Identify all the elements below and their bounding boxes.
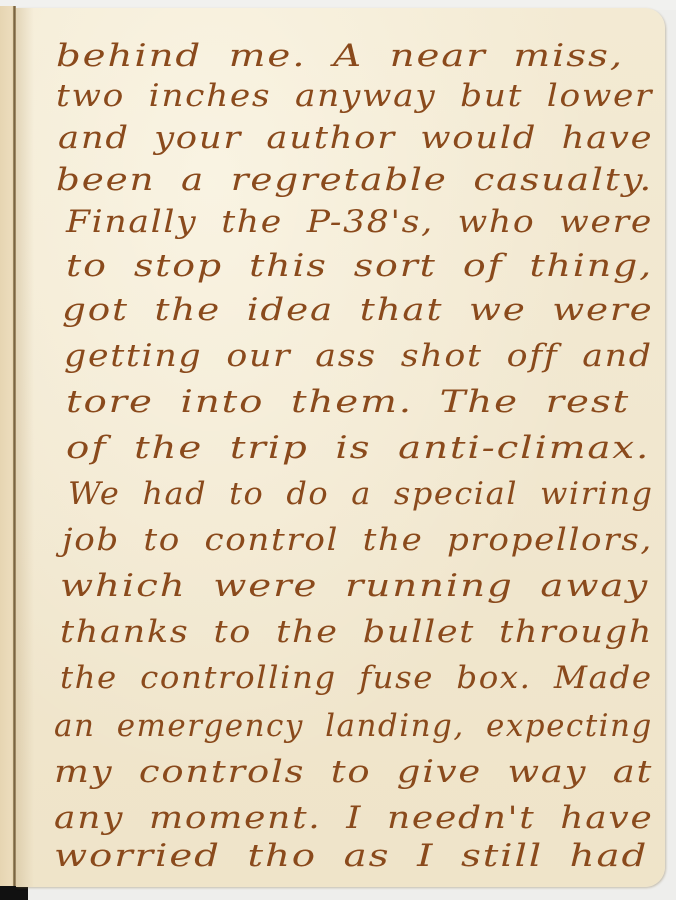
text-line: of the trip is anti-climax. xyxy=(66,430,650,466)
scan-corner-shadow xyxy=(0,886,28,900)
text-line: worried tho as I still had xyxy=(54,838,648,874)
text-line: We had to do a special wiring xyxy=(68,476,653,512)
text-line: thanks to the bullet through xyxy=(60,614,653,650)
text-line: two inches anyway but lower xyxy=(56,78,653,114)
text-line: got the idea that we were xyxy=(62,292,653,328)
text-line: been a regretable casualty. xyxy=(56,162,653,198)
text-line: Finally the P-38's, who were xyxy=(66,204,653,240)
text-line: job to control the propellors, xyxy=(62,522,653,558)
text-line: behind me. A near miss, xyxy=(56,38,624,74)
text-line: the controlling fuse box. Made xyxy=(60,660,653,696)
text-line: and your author would have xyxy=(58,120,653,156)
text-line: any moment. I needn't have xyxy=(54,800,654,836)
text-line: which were running away xyxy=(60,568,649,604)
text-line: to stop this sort of thing, xyxy=(66,248,653,284)
text-line: my controls to give way at xyxy=(54,754,653,790)
text-line: an emergency landing, expecting xyxy=(54,708,653,744)
text-line: getting our ass shot off and xyxy=(64,338,653,374)
handwritten-text: behind me. A near miss, two inches anywa… xyxy=(16,8,665,887)
text-line: tore into them. The rest xyxy=(66,384,630,420)
notebook-page: behind me. A near miss, two inches anywa… xyxy=(16,8,665,887)
